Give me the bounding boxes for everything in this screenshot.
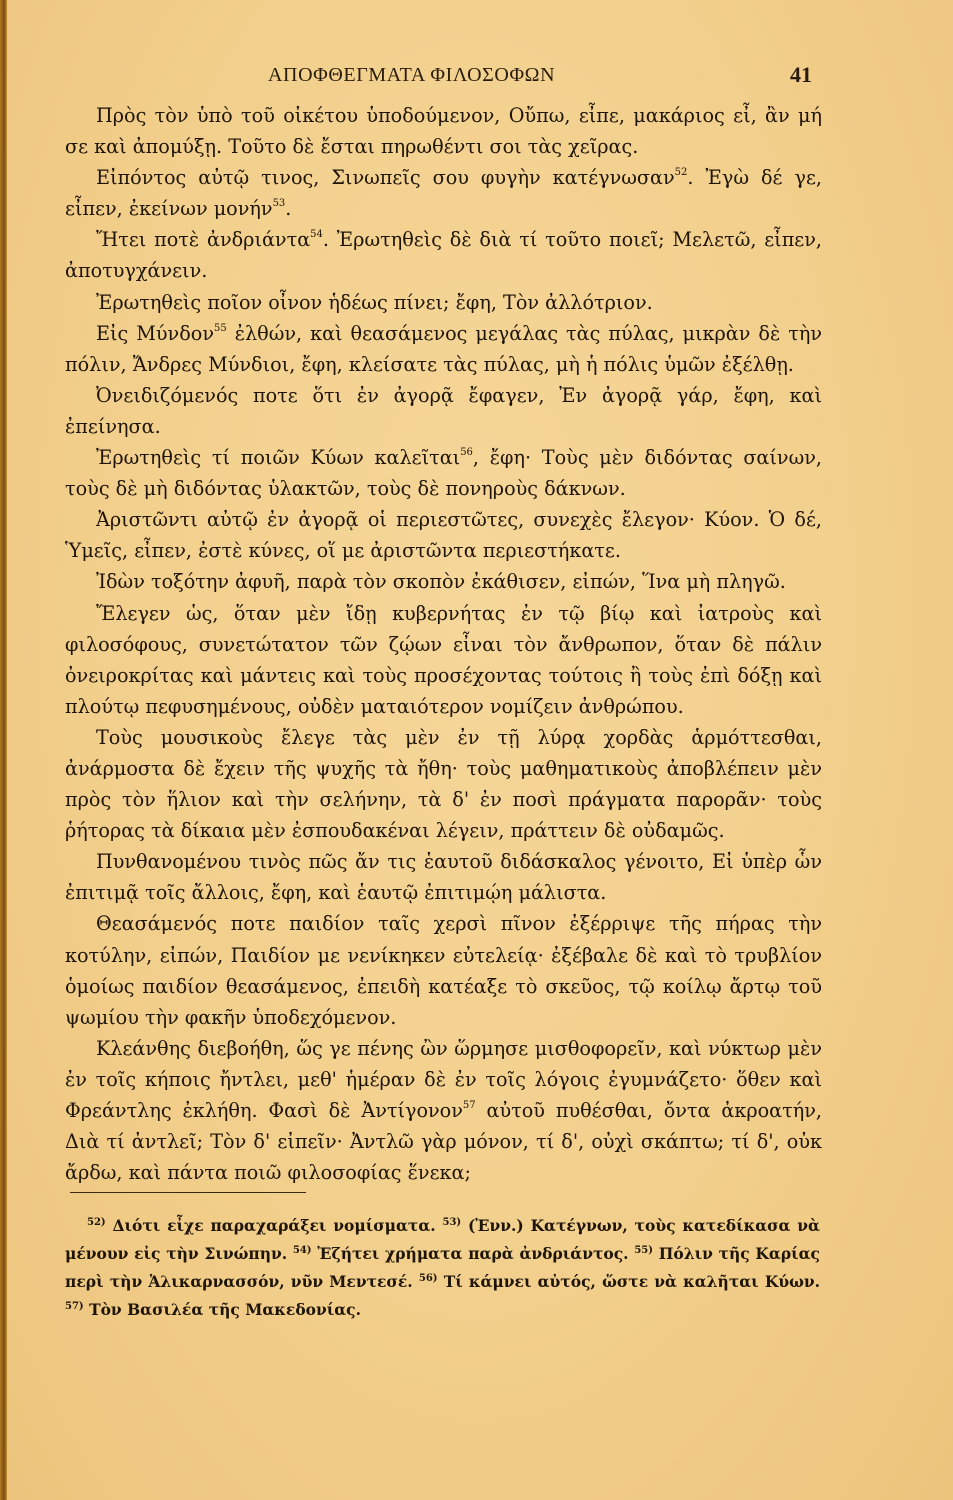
- paragraph: Εἰς Μύνδον55 ἐλθών, καὶ θεασάμενος μεγάλ…: [65, 318, 822, 380]
- paragraph: Ἀριστῶντι αὐτῷ ἐν ἀγορᾷ οἱ περιεστῶτες, …: [65, 504, 822, 566]
- paragraph: Πρὸς τὸν ὑπὸ τοῦ οἰκέτου ὑποδούμενον, Οὔ…: [65, 100, 822, 162]
- footnote-ref: 57: [463, 1100, 476, 1111]
- paragraph: Τοὺς μουσικοὺς ἔλεγε τὰς μὲν ἐν τῇ λύρᾳ …: [65, 722, 822, 846]
- footnote-ref: 54: [310, 229, 323, 240]
- footnote-ref: 52: [675, 167, 688, 178]
- footnote-ref: 53: [273, 198, 286, 209]
- paragraph: Ἐρωτηθεὶς τί ποιῶν Κύων καλεῖται56, ἔφη·…: [65, 442, 822, 504]
- paragraph: Θεασάμενός ποτε παιδίον ταῖς χερσὶ πῖνον…: [65, 908, 822, 1032]
- footnote: 56) Τί κάμνει αὐτός, ὥστε νὰ καλῆται Κύω…: [419, 1272, 820, 1291]
- footnote-ref: 55: [214, 323, 227, 334]
- paragraph: Εἰπόντος αὐτῷ τινος, Σινωπεῖς σου φυγὴν …: [65, 162, 822, 224]
- footnote: 57) Τὸν Βασιλέα τῆς Μακεδονίας.: [65, 1300, 361, 1319]
- paragraph: Κλεάνθης διεβοήθη, ὥς γε πένης ὢν ὥρμησε…: [65, 1033, 822, 1188]
- footnote-ref: 56: [460, 447, 473, 458]
- paragraph: Ἤτει ποτὲ ἀνδριάντα54. Ἐρωτηθεὶς δὲ διὰ …: [65, 224, 822, 286]
- book-page: ΑΠΟΦΘΕΓΜΑΤΑ ΦΙΛΟΣΟΦΩΝ 41 Πρὸς τὸν ὑπὸ το…: [0, 0, 953, 1500]
- paragraph: Ἔλεγεν ὡς, ὅταν μὲν ἴδῃ κυβερνήτας ἐν τῷ…: [65, 598, 822, 722]
- running-title: ΑΠΟΦΘΕΓΜΑΤΑ ΦΙΛΟΣΟΦΩΝ: [268, 64, 555, 87]
- page-header: ΑΠΟΦΘΕΓΜΑΤΑ ΦΙΛΟΣΟΦΩΝ 41: [0, 62, 953, 92]
- footnote: 54) Ἐζήτει χρήματα παρὰ ἀνδριάντος.: [293, 1244, 629, 1263]
- body-text: Πρὸς τὸν ὑπὸ τοῦ οἰκέτου ὑποδούμενον, Οὔ…: [65, 100, 822, 1188]
- footnote-separator: [70, 1192, 306, 1193]
- footnotes: 52) Διότι εἶχε παραχαράξει νομίσματα. 53…: [65, 1210, 820, 1322]
- paragraph: Ὀνειδιζόμενός ποτε ὅτι ἐν ἀγορᾷ ἔφαγεν, …: [65, 380, 822, 442]
- paragraph: Ἐρωτηθεὶς ποῖον οἶνον ἡδέως πίνει; ἔφη, …: [65, 287, 822, 318]
- paragraph: Ἰδὼν τοξότην ἀφυῆ, παρὰ τὸν σκοπὸν ἐκάθι…: [65, 566, 822, 597]
- page-spine-edge: [0, 0, 7, 1500]
- page-number: 41: [790, 62, 812, 88]
- paragraph: Πυνθανομένου τινὸς πῶς ἄν τις ἑαυτοῦ διδ…: [65, 846, 822, 908]
- footnote: 52) Διότι εἶχε παραχαράξει νομίσματα.: [87, 1216, 436, 1235]
